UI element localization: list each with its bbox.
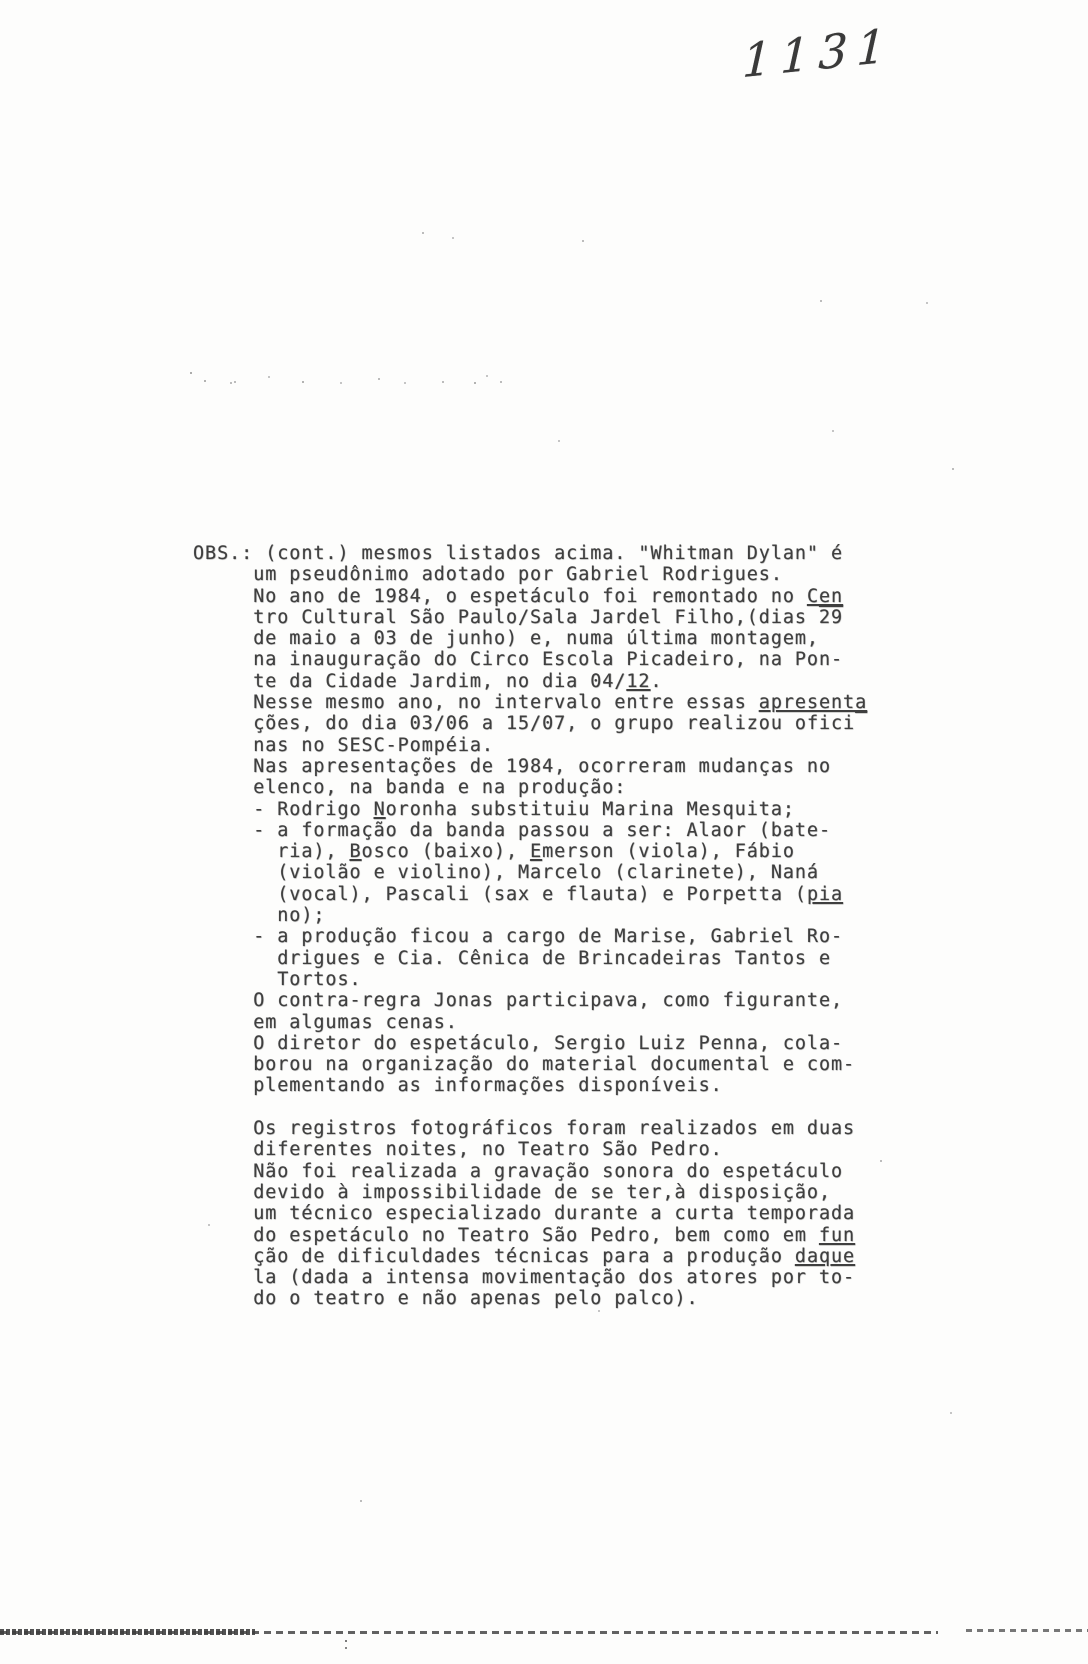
text-line: Tortos.: [193, 969, 867, 990]
text-line: O contra-regra Jonas participava, como f…: [193, 990, 867, 1011]
handwritten-page-number: 1131: [741, 18, 895, 88]
text-line: - a produção ficou a cargo de Marise, Ga…: [193, 926, 867, 947]
text-line: No ano de 1984, o espetáculo foi remonta…: [193, 586, 867, 607]
text-line: OBS.: (cont.) mesmos listados acima. "Wh…: [193, 543, 867, 564]
text-line: nas no SESC-Pompéia.: [193, 735, 867, 756]
scan-noise: [190, 372, 192, 374]
text-line: - Rodrigo Noronha substituiu Marina Mesq…: [193, 799, 867, 820]
text-line: elenco, na banda e na produção:: [193, 777, 867, 798]
text-line: ções, do dia 03/06 a 15/07, o grupo real…: [193, 713, 867, 734]
scan-edge-line-left: [0, 1631, 938, 1634]
text-line: tro Cultural São Paulo/Sala Jardel Filho…: [193, 607, 867, 628]
text-line: devido à impossibilidade de se ter,à dis…: [193, 1182, 867, 1203]
text-line: Não foi realizada a gravação sonora do e…: [193, 1161, 867, 1182]
text-line: Nesse mesmo ano, no intervalo entre essa…: [193, 692, 867, 713]
text-line: diferentes noites, no Teatro São Pedro.: [193, 1139, 867, 1160]
text-line: um pseudônimo adotado por Gabriel Rodrig…: [193, 564, 867, 585]
text-line: (vocal), Pascali (sax e flauta) e Porpet…: [193, 884, 867, 905]
text-line: um técnico especializado durante a curta…: [193, 1203, 867, 1224]
text-line: drigues e Cia. Cênica de Brincadeiras Ta…: [193, 948, 867, 969]
text-line: plementando as informações disponíveis.: [193, 1075, 867, 1096]
text-line: te da Cidade Jardim, no dia 04/12.: [193, 671, 867, 692]
text-line: do espetáculo no Teatro São Pedro, bem c…: [193, 1225, 867, 1246]
text-line: ria), Bosco (baixo), Emerson (viola), Fá…: [193, 841, 867, 862]
text-line: na inauguração do Circo Escola Picadeiro…: [193, 649, 867, 670]
text-line: - a formação da banda passou a ser: Alao…: [193, 820, 867, 841]
text-line: em algumas cenas.: [193, 1012, 867, 1033]
scan-colon-mark: [345, 1640, 347, 1642]
text-line: ção de dificuldades técnicas para a prod…: [193, 1246, 867, 1267]
text-line: O diretor do espetáculo, Sergio Luiz Pen…: [193, 1033, 867, 1054]
text-line: (violão e violino), Marcelo (clarinete),…: [193, 862, 867, 883]
text-line: de maio a 03 de junho) e, numa última mo…: [193, 628, 867, 649]
text-line: Nas apresentações de 1984, ocorreram mud…: [193, 756, 867, 777]
scan-edge-line-right: [966, 1629, 1088, 1632]
text-line: la (dada a intensa movimentação dos ator…: [193, 1267, 867, 1288]
scanned-document-page: 1131 OBS.: (cont.) mesmos listados acima…: [0, 0, 1088, 1664]
text-line: [193, 1097, 867, 1118]
text-line: borou na organização do material documen…: [193, 1054, 867, 1075]
text-line: no);: [193, 905, 867, 926]
text-line: do o teatro e não apenas pelo palco).: [193, 1288, 867, 1309]
typewritten-text-block: OBS.: (cont.) mesmos listados acima. "Wh…: [193, 543, 867, 1310]
text-line: Os registros fotográficos foram realizad…: [193, 1118, 867, 1139]
